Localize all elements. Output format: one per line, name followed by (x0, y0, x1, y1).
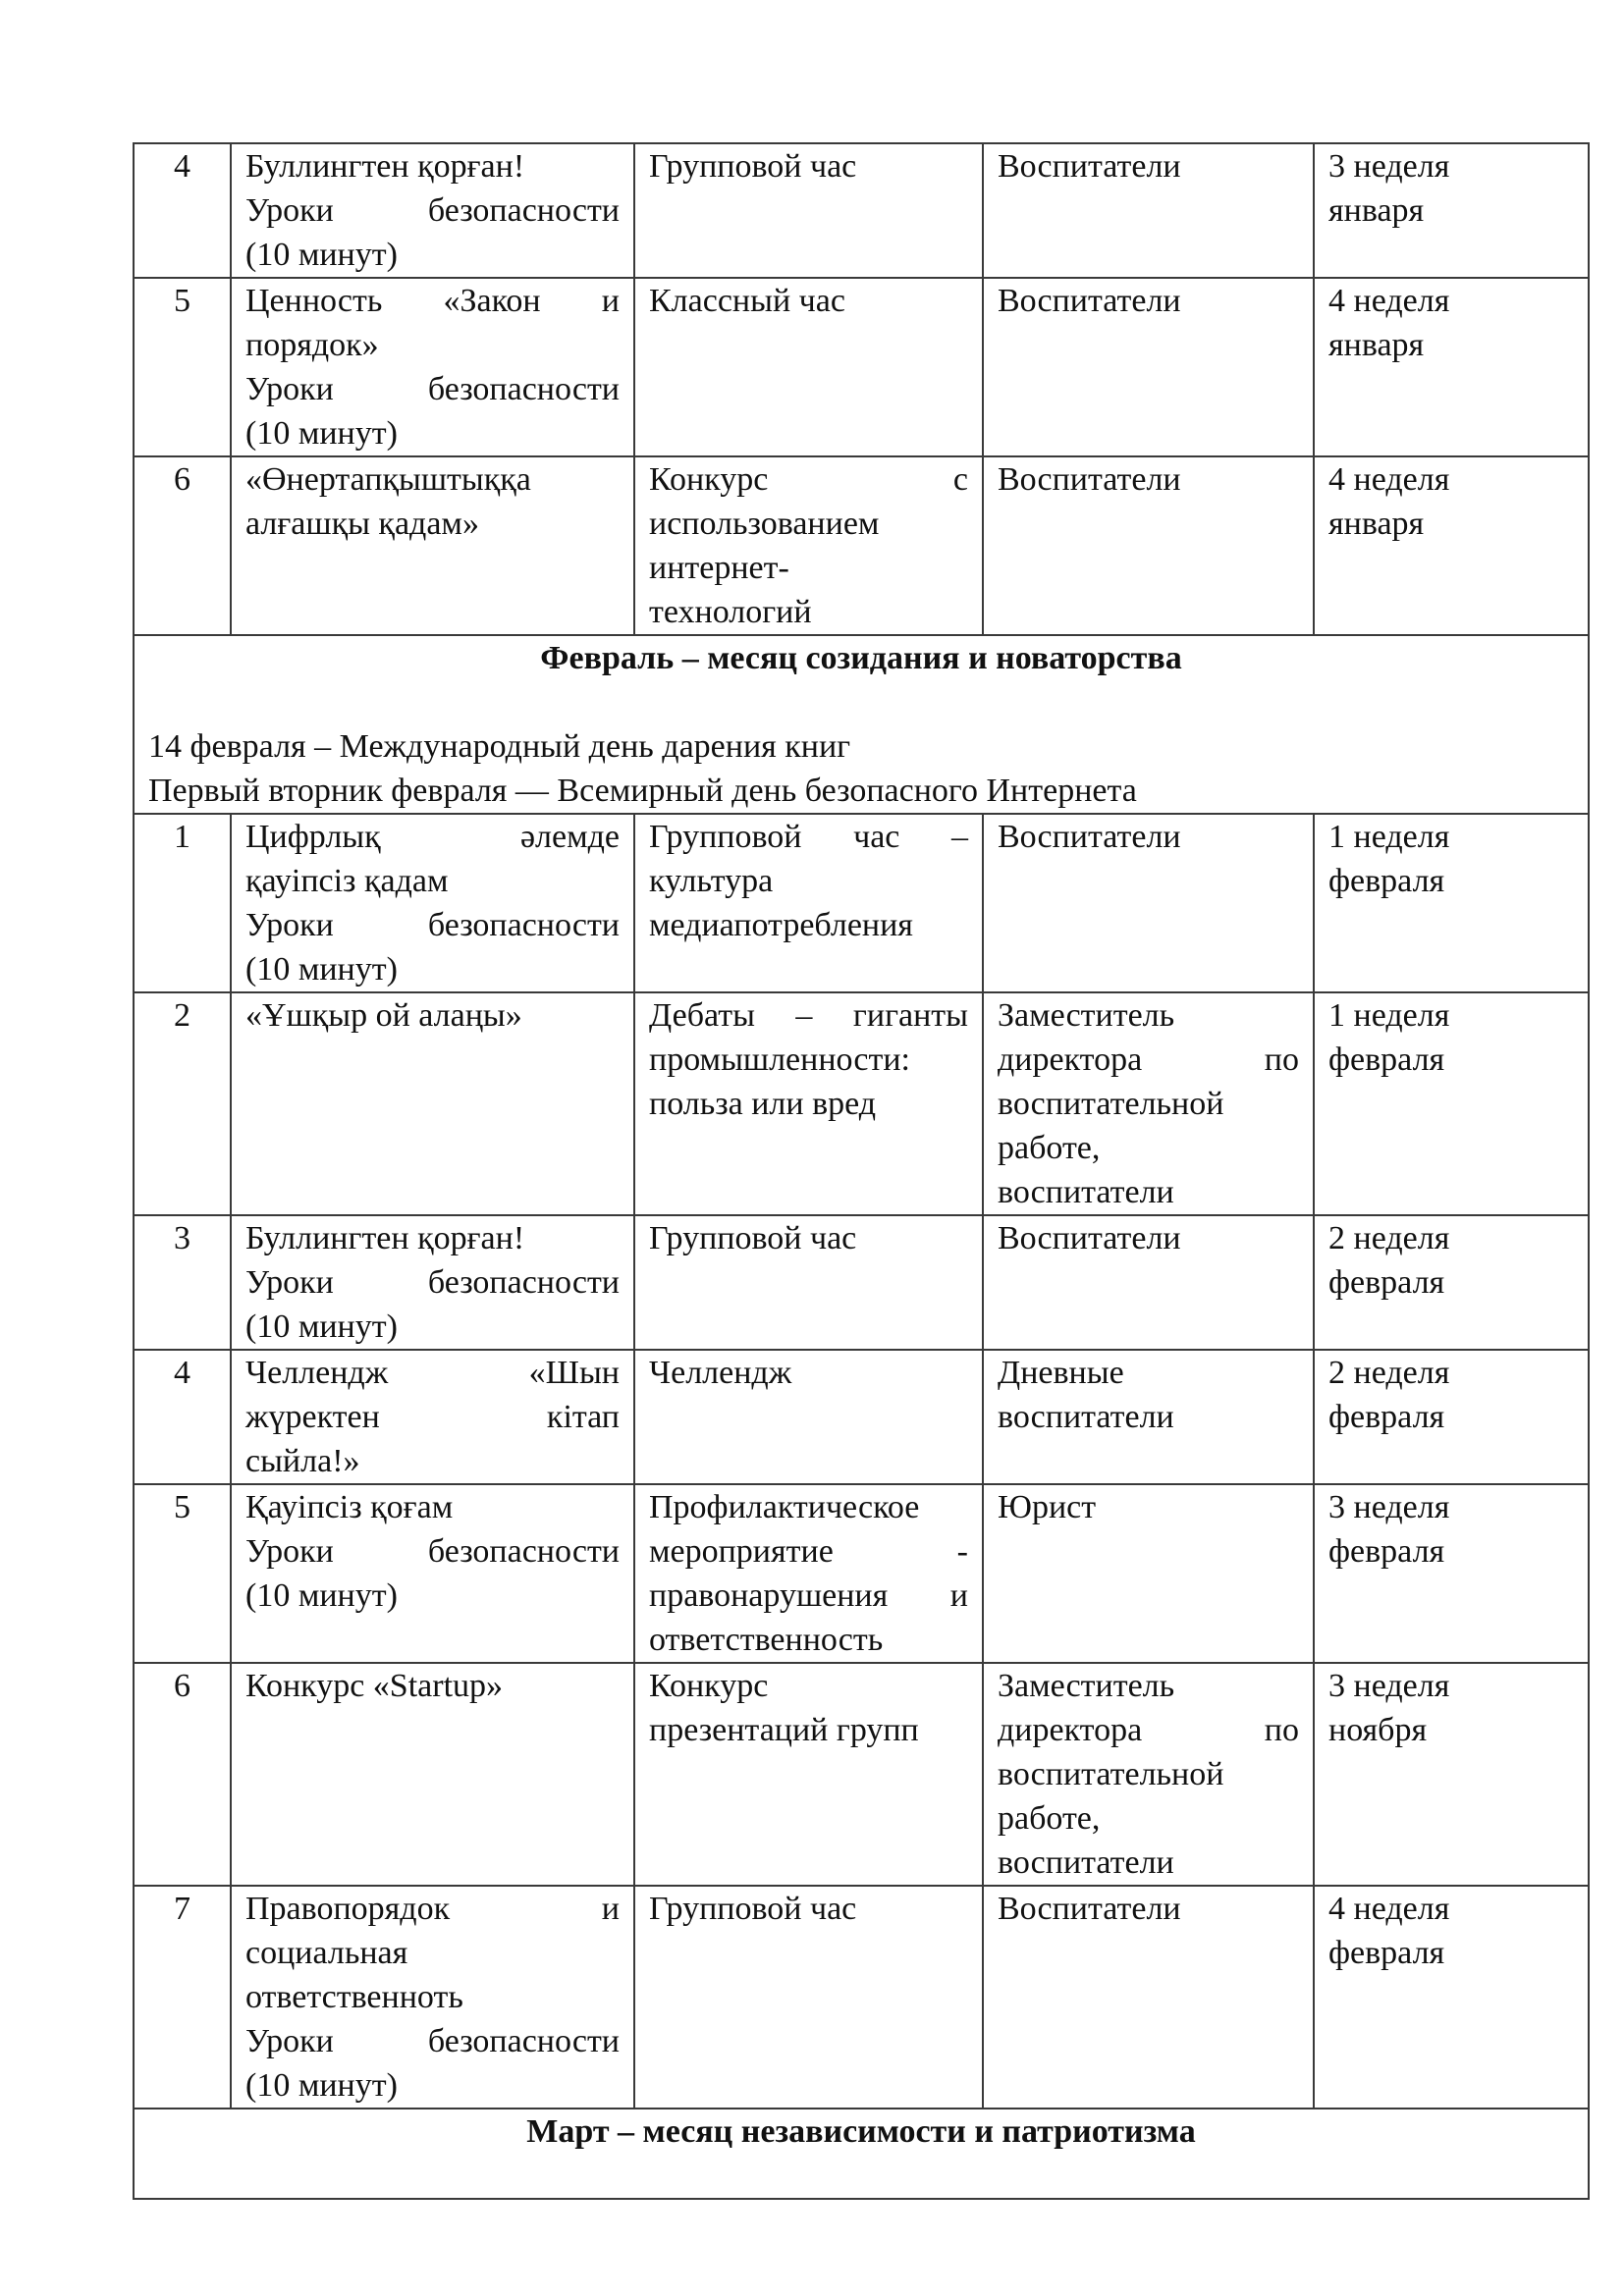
event-form-line: презентаций групп (649, 1708, 968, 1752)
event-name-line: Уроки безопасности (245, 1260, 620, 1305)
date-line: 3 неделя (1328, 1664, 1574, 1708)
table-row: 5Қауіпсіз қоғамУроки безопасности(10 мин… (134, 1484, 1589, 1663)
event-form-line: ответственность (649, 1618, 968, 1662)
row-number-cell: 4 (134, 143, 231, 278)
table-row: 1Цифрлық әлемдеқауіпсіз қадамУроки безоп… (134, 814, 1589, 992)
event-name-line: сыйла!» (245, 1439, 620, 1483)
responsible-cell: Дневныевоспитатели (983, 1350, 1314, 1484)
row-number-cell: 6 (134, 456, 231, 635)
event-form-cell: Конкурс сиспользованиеминтернет-технолог… (634, 456, 983, 635)
event-form-line: Классный час (649, 279, 968, 323)
date-line: февраля (1328, 859, 1574, 903)
table-row: 4Буллингтен қорған!Уроки безопасности(10… (134, 143, 1589, 278)
event-name-cell: Цифрлық әлемдеқауіпсіз қадамУроки безопа… (231, 814, 634, 992)
responsible-cell: Воспитатели (983, 814, 1314, 992)
event-name-cell: Қауіпсіз қоғамУроки безопасности(10 мину… (231, 1484, 634, 1663)
event-name-cell: «Өнертапқыштыққаалғашқы қадам» (231, 456, 634, 635)
event-name-cell: Челлендж «Шынжүректен кітапсыйла!» (231, 1350, 634, 1484)
responsible-cell: Воспитатели (983, 1886, 1314, 2109)
event-name-line: Уроки безопасности (245, 903, 620, 947)
event-name-line: Буллингтен қорған! (245, 144, 620, 188)
row-number: 5 (148, 279, 216, 323)
event-form-cell: Групповой час (634, 1886, 983, 2109)
table-row: 7Правопорядок исоциальнаяответственнотьУ… (134, 1886, 1589, 2109)
event-name-line: (10 минут) (245, 1305, 620, 1349)
date-cell: 4 неделяянваря (1314, 456, 1589, 635)
responsible-line: Дневные (998, 1351, 1299, 1395)
responsible-line: Заместитель (998, 1664, 1299, 1708)
responsible-cell: Воспитатели (983, 143, 1314, 278)
responsible-line: Воспитатели (998, 279, 1299, 323)
date-line: 4 неделя (1328, 279, 1574, 323)
event-form-cell: Групповой час –культурамедиапотребления (634, 814, 983, 992)
section-row-february: Февраль – месяц созидания и новаторства … (134, 635, 1589, 814)
responsible-line: работе, (998, 1796, 1299, 1841)
event-name-line: Уроки безопасности (245, 2019, 620, 2063)
section-cell-march: Март – месяц независимости и патриотизма (134, 2109, 1589, 2199)
event-name-line: «Ұшқыр ой алаңы» (245, 993, 620, 1038)
event-name-line: социальная (245, 1931, 620, 1975)
date-line: 3 неделя (1328, 1485, 1574, 1529)
responsible-line: Воспитатели (998, 1887, 1299, 1931)
date-line: января (1328, 502, 1574, 546)
date-line: 2 неделя (1328, 1216, 1574, 1260)
event-name-line: Қауіпсіз қоғам (245, 1485, 620, 1529)
event-form-line: Групповой час (649, 1887, 968, 1931)
event-form-line: Конкурс (649, 1664, 968, 1708)
event-name-line: (10 минут) (245, 233, 620, 277)
date-line: 1 неделя (1328, 993, 1574, 1038)
section-spacer (148, 680, 1574, 724)
responsible-line: Воспитатели (998, 457, 1299, 502)
section-note: 14 февраля – Международный день дарения … (148, 724, 1574, 769)
table-row: 6Конкурс «Startup»Конкурспрезентаций гру… (134, 1663, 1589, 1886)
events-plan-table: 4Буллингтен қорған!Уроки безопасности(10… (133, 142, 1590, 2200)
event-form-line: польза или вред (649, 1082, 968, 1126)
date-cell: 3 неделяянваря (1314, 143, 1589, 278)
responsible-line: Воспитатели (998, 815, 1299, 859)
section-title-march: Март – месяц независимости и патриотизма (148, 2109, 1574, 2154)
responsible-cell: Воспитатели (983, 456, 1314, 635)
responsible-line: Воспитатели (998, 144, 1299, 188)
date-line: февраля (1328, 1260, 1574, 1305)
section-note: Первый вторник февраля — Всемирный день … (148, 769, 1574, 813)
row-number-cell: 1 (134, 814, 231, 992)
responsible-line: воспитательной (998, 1752, 1299, 1796)
responsible-line: воспитательной (998, 1082, 1299, 1126)
event-name-cell: Правопорядок исоциальнаяответственнотьУр… (231, 1886, 634, 2109)
event-name-cell: Конкурс «Startup» (231, 1663, 634, 1886)
responsible-cell: Заместительдиректора повоспитательнойраб… (983, 1663, 1314, 1886)
event-name-line: порядок» (245, 323, 620, 367)
event-name-line: Цифрлық әлемде (245, 815, 620, 859)
event-form-line: технологий (649, 590, 968, 634)
responsible-line: воспитатели (998, 1841, 1299, 1885)
event-name-line: қауіпсіз қадам (245, 859, 620, 903)
date-line: февраля (1328, 1038, 1574, 1082)
event-name-line: Уроки безопасности (245, 188, 620, 233)
event-form-line: использованием (649, 502, 968, 546)
event-form-line: медиапотребления (649, 903, 968, 947)
date-cell: 2 неделяфевраля (1314, 1215, 1589, 1350)
date-cell: 4 неделяфевраля (1314, 1886, 1589, 2109)
table-row: 4Челлендж «Шынжүректен кітапсыйла!»Челле… (134, 1350, 1589, 1484)
row-number: 2 (148, 993, 216, 1038)
event-form-line: Дебаты – гиганты (649, 993, 968, 1038)
table-body: 4Буллингтен қорған!Уроки безопасности(10… (134, 143, 1589, 2199)
event-form-cell: Конкурспрезентаций групп (634, 1663, 983, 1886)
event-name-line: (10 минут) (245, 1574, 620, 1618)
date-line: 3 неделя (1328, 144, 1574, 188)
event-form-line: Конкурс с (649, 457, 968, 502)
responsible-line: директора по (998, 1708, 1299, 1752)
date-line: 1 неделя (1328, 815, 1574, 859)
event-name-line: ответственноть (245, 1975, 620, 2019)
row-number-cell: 5 (134, 1484, 231, 1663)
row-number: 4 (148, 1351, 216, 1395)
event-name-line: Челлендж «Шын (245, 1351, 620, 1395)
row-number: 3 (148, 1216, 216, 1260)
event-name-line: (10 минут) (245, 411, 620, 455)
row-number: 6 (148, 457, 216, 502)
event-name-line: алғашқы қадам» (245, 502, 620, 546)
responsible-line: Воспитатели (998, 1216, 1299, 1260)
row-number-cell: 7 (134, 1886, 231, 2109)
event-form-line: Групповой час – (649, 815, 968, 859)
event-form-line: промышленности: (649, 1038, 968, 1082)
row-number: 1 (148, 815, 216, 859)
event-name-line: Уроки безопасности (245, 1529, 620, 1574)
date-cell: 2 неделяфевраля (1314, 1350, 1589, 1484)
event-name-cell: Буллингтен қорған!Уроки безопасности(10 … (231, 143, 634, 278)
section-spacer (148, 2154, 1574, 2198)
row-number-cell: 3 (134, 1215, 231, 1350)
row-number: 5 (148, 1485, 216, 1529)
event-form-cell: Классный час (634, 278, 983, 456)
date-cell: 1 неделяфевраля (1314, 814, 1589, 992)
event-name-line: жүректен кітап (245, 1395, 620, 1439)
event-name-cell: Буллингтен қорған!Уроки безопасности(10 … (231, 1215, 634, 1350)
responsible-line: воспитатели (998, 1395, 1299, 1439)
event-form-line: Профилактическое (649, 1485, 968, 1529)
responsible-cell: Воспитатели (983, 1215, 1314, 1350)
event-form-line: Групповой час (649, 1216, 968, 1260)
responsible-cell: Воспитатели (983, 278, 1314, 456)
date-line: января (1328, 188, 1574, 233)
event-form-line: культура (649, 859, 968, 903)
event-form-cell: Дебаты – гигантыпромышленности:польза ил… (634, 992, 983, 1215)
table-row: 3Буллингтен қорған!Уроки безопасности(10… (134, 1215, 1589, 1350)
event-form-cell: Профилактическоемероприятие -правонаруше… (634, 1484, 983, 1663)
date-line: 4 неделя (1328, 1887, 1574, 1931)
event-name-line: Ценность «Закон и (245, 279, 620, 323)
event-name-line: Уроки безопасности (245, 367, 620, 411)
section-cell-february: Февраль – месяц созидания и новаторства … (134, 635, 1589, 814)
responsible-cell: Заместительдиректора повоспитательнойраб… (983, 992, 1314, 1215)
date-line: ноября (1328, 1708, 1574, 1752)
responsible-line: директора по (998, 1038, 1299, 1082)
event-name-line: Правопорядок и (245, 1887, 620, 1931)
section-title-february: Февраль – месяц созидания и новаторства (148, 636, 1574, 680)
date-line: 4 неделя (1328, 457, 1574, 502)
event-form-line: мероприятие - (649, 1529, 968, 1574)
event-name-cell: «Ұшқыр ой алаңы» (231, 992, 634, 1215)
table-row: 5Ценность «Закон ипорядок»Уроки безопасн… (134, 278, 1589, 456)
row-number-cell: 2 (134, 992, 231, 1215)
date-line: февраля (1328, 1395, 1574, 1439)
section-row-march: Март – месяц независимости и патриотизма (134, 2109, 1589, 2199)
date-line: февраля (1328, 1931, 1574, 1975)
responsible-line: Юрист (998, 1485, 1299, 1529)
event-form-line: Челлендж (649, 1351, 968, 1395)
row-number: 6 (148, 1664, 216, 1708)
row-number-cell: 6 (134, 1663, 231, 1886)
table-row: 6«Өнертапқыштыққаалғашқы қадам»Конкурс с… (134, 456, 1589, 635)
date-line: февраля (1328, 1529, 1574, 1574)
date-line: 2 неделя (1328, 1351, 1574, 1395)
responsible-cell: Юрист (983, 1484, 1314, 1663)
event-form-cell: Челлендж (634, 1350, 983, 1484)
date-cell: 4 неделяянваря (1314, 278, 1589, 456)
row-number: 4 (148, 144, 216, 188)
row-number: 7 (148, 1887, 216, 1931)
date-cell: 3 неделяфевраля (1314, 1484, 1589, 1663)
date-cell: 3 неделяноября (1314, 1663, 1589, 1886)
responsible-line: Заместитель (998, 993, 1299, 1038)
event-name-line: Буллингтен қорған! (245, 1216, 620, 1260)
event-name-line: Конкурс «Startup» (245, 1664, 620, 1708)
date-line: января (1328, 323, 1574, 367)
row-number-cell: 4 (134, 1350, 231, 1484)
event-form-cell: Групповой час (634, 1215, 983, 1350)
responsible-line: работе, (998, 1126, 1299, 1170)
date-cell: 1 неделяфевраля (1314, 992, 1589, 1215)
row-number-cell: 5 (134, 278, 231, 456)
event-name-cell: Ценность «Закон ипорядок»Уроки безопасно… (231, 278, 634, 456)
event-name-line: «Өнертапқыштыққа (245, 457, 620, 502)
event-name-line: (10 минут) (245, 2063, 620, 2108)
event-form-line: Групповой час (649, 144, 968, 188)
table-row: 2«Ұшқыр ой алаңы»Дебаты – гигантыпромышл… (134, 992, 1589, 1215)
event-name-line: (10 минут) (245, 947, 620, 991)
event-form-line: интернет- (649, 546, 968, 590)
responsible-line: воспитатели (998, 1170, 1299, 1214)
document-page: 4Буллингтен қорған!Уроки безопасности(10… (133, 142, 1588, 2200)
event-form-cell: Групповой час (634, 143, 983, 278)
event-form-line: правонарушения и (649, 1574, 968, 1618)
